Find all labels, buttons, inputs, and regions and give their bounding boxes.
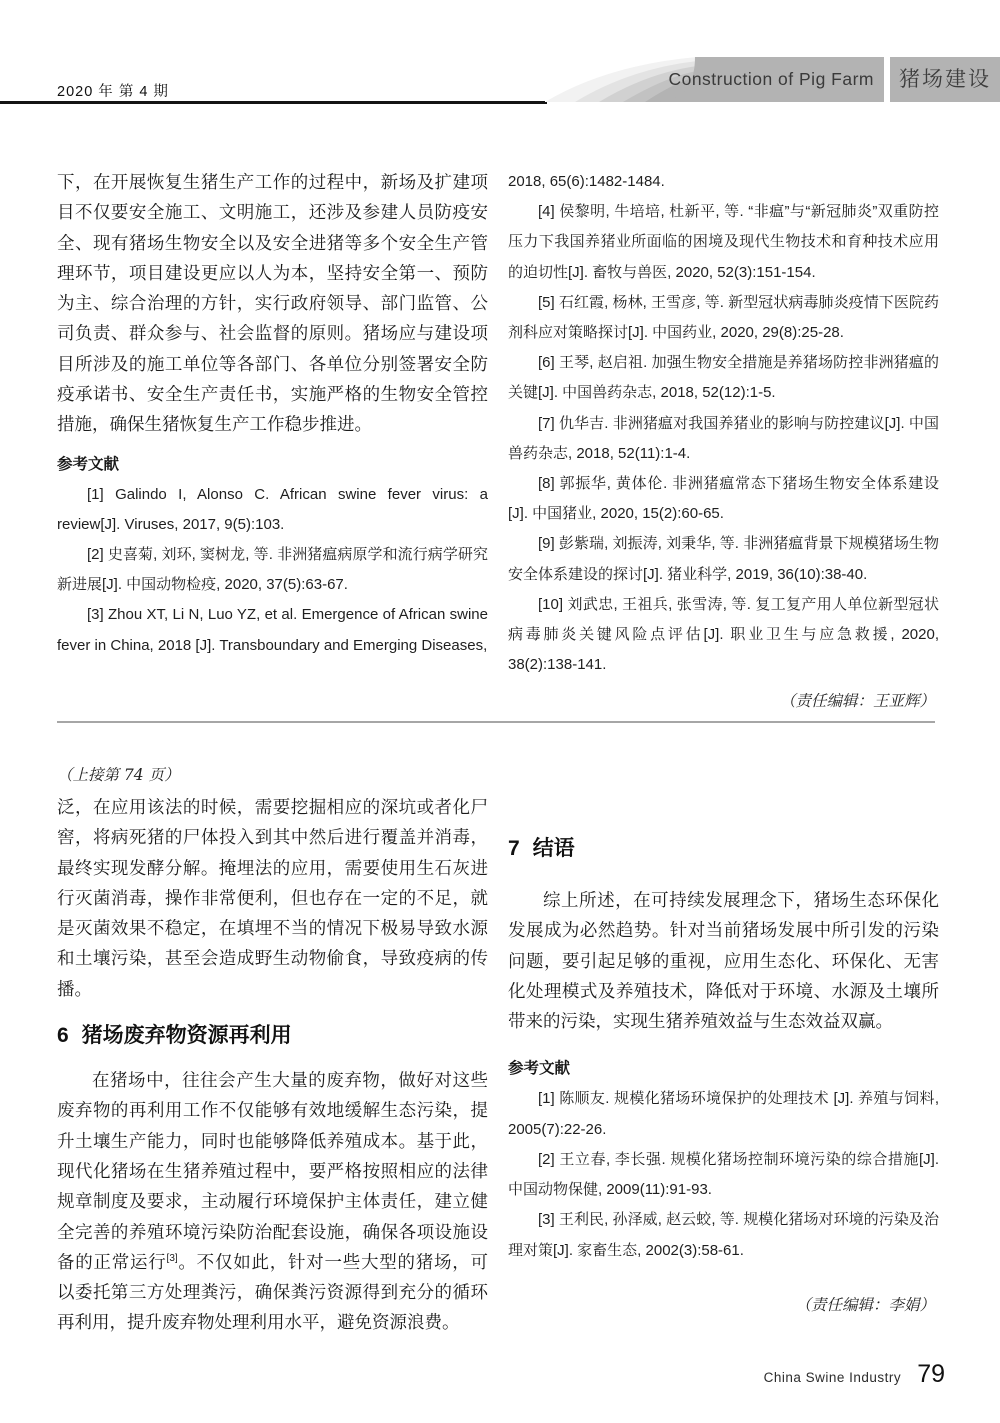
reference-item: [1] Galindo I, Alonso C. African swine f… xyxy=(57,480,488,540)
column-top-right: 2018, 65(6):1482-1484. [4] 侯黎明, 牛培培, 杜新平… xyxy=(508,167,939,716)
reference-item: [8] 郭振华, 黄体伦. 非洲猪瘟常态下猪场生物安全体系建设[J]. 中国猪业… xyxy=(508,469,939,529)
reference-item: [9] 彭紫瑞, 刘振涛, 刘秉华, 等. 非洲猪瘟背景下规模猪场生物安全体系建… xyxy=(508,529,939,589)
journal-page: 2020 年 第 4 期 Construction of Pig Farm 猪场… xyxy=(0,0,1000,1423)
banner-title-en: Construction of Pig Farm xyxy=(668,57,874,102)
header-banner: Construction of Pig Farm xyxy=(545,57,884,102)
reference-continuation: 2018, 65(6):1482-1484. xyxy=(508,167,939,197)
citation-superscript: [3] xyxy=(167,1253,178,1264)
header-rule xyxy=(0,101,547,104)
page-footer: China Swine Industry 79 xyxy=(764,1360,945,1389)
column-bottom-right: 7结语 综上所述，在可持续发展理念下，猪场生态环保化发展成为必然趋势。针对当前猪… xyxy=(508,833,939,1320)
waste-reuse-paragraph: 在猪场中，往往会产生大量的废弃物，做好对这些废弃物的再利用工作不仅能够有效地缓解… xyxy=(57,1065,488,1338)
continued-from-note: （上接第 74 页） xyxy=(57,760,488,790)
safety-paragraph: 下，在开展恢复生猪生产工作的过程中，新场及扩建项目不仅要安全施工、文明施工，还涉… xyxy=(57,167,488,440)
conclusion-paragraph: 综上所述，在可持续发展理念下，猪场生态环保化发展成为必然趋势。针对当前猪场发展中… xyxy=(508,885,939,1036)
section-7-title: 结语 xyxy=(533,837,575,860)
waste-reuse-text-pre: 在猪场中，往往会产生大量的废弃物，做好对这些废弃物的再利用工作不仅能够有效地缓解… xyxy=(57,1070,488,1272)
reference-item: [10] 刘武忠, 王祖兵, 张雪涛, 等. 复工复产用人单位新型冠状病毒肺炎关… xyxy=(508,590,939,681)
reference-item: [6] 王琴, 赵启祖. 加强生物安全措施是养猪场防控非洲猪瘟的关键[J]. 中… xyxy=(508,348,939,408)
column-bottom-left: （上接第 74 页） 泛，在应用该法的时候，需要挖掘相应的深坑或者化尸窖，将病死… xyxy=(57,760,488,1338)
reference-item: [2] 史喜菊, 刘环, 窦树龙, 等. 非洲猪瘟病原学和流行病学研究新进展[J… xyxy=(57,540,488,600)
reference-item: [4] 侯黎明, 牛培培, 杜新平, 等. “非瘟”与“新冠肺炎”双重防控压力下… xyxy=(508,197,939,288)
references-title-2: 参考文献 xyxy=(508,1054,939,1084)
banner-title-zh: 猪场建设 xyxy=(890,57,1000,102)
reference-item: [1] 陈顺友. 规模化猪场环境保护的处理技术 [J]. 养殖与饲料, 2005… xyxy=(508,1084,939,1144)
references-title-1: 参考文献 xyxy=(57,450,488,480)
section-7-heading: 7结语 xyxy=(508,833,939,865)
journal-name: China Swine Industry xyxy=(764,1370,902,1385)
section-divider xyxy=(57,721,935,723)
section-7-number: 7 xyxy=(508,837,520,860)
reference-item: [5] 石红霞, 杨林, 王雪彦, 等. 新型冠状病毒肺炎疫情下医院药剂科应对策… xyxy=(508,288,939,348)
reference-item: [2] 王立春, 李长强. 规模化猪场控制环境污染的综合措施[J]. 中国动物保… xyxy=(508,1145,939,1205)
burial-method-paragraph: 泛，在应用该法的时候，需要挖掘相应的深坑或者化尸窖，将病死猪的尸体投入到其中然后… xyxy=(57,792,488,1004)
reference-item: [3] Zhou XT, Li N, Luo YZ, et al. Emerge… xyxy=(57,600,488,660)
section-6-number: 6 xyxy=(57,1024,69,1047)
issue-label: 2020 年 第 4 期 xyxy=(57,80,169,101)
reference-item: [3] 王利民, 孙泽威, 赵云蛟, 等. 规模化猪场对环境的污染及治理对策[J… xyxy=(508,1205,939,1265)
section-6-title: 猪场废弃物资源再利用 xyxy=(82,1024,292,1047)
page-number: 79 xyxy=(917,1360,945,1389)
column-top-left: 下，在开展恢复生猪生产工作的过程中，新场及扩建项目不仅要安全施工、文明施工，还涉… xyxy=(57,167,488,661)
editor-note-1: （责任编辑：王亚辉） xyxy=(508,686,939,716)
reference-item: [7] 仇华吉. 非洲猪瘟对我国养猪业的影响与防控建议[J]. 中国兽药杂志, … xyxy=(508,409,939,469)
editor-note-2: （责任编辑：李娟） xyxy=(508,1290,939,1320)
section-6-heading: 6猪场废弃物资源再利用 xyxy=(57,1020,488,1052)
